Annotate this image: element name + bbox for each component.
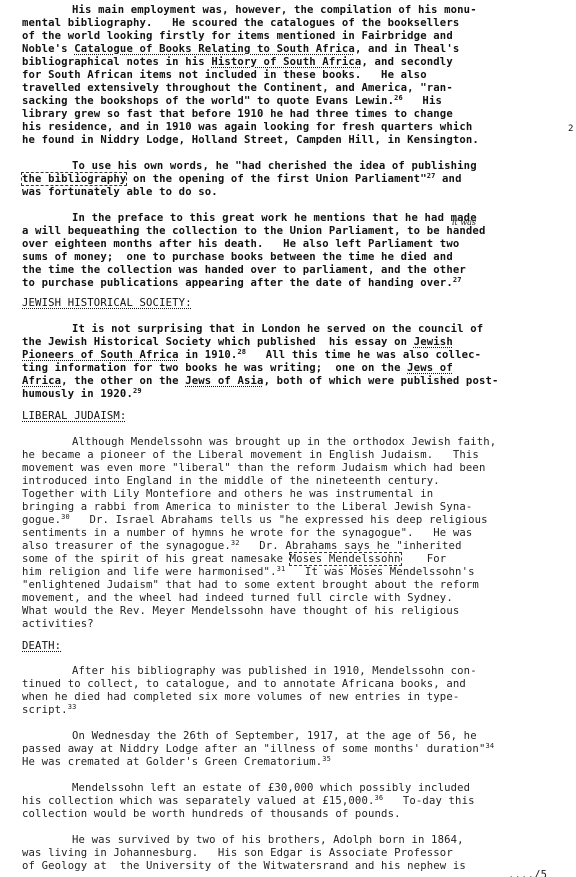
text-span: He was cremated at Golder's Green Cremat… xyxy=(22,756,322,768)
text-line: To use his own words, he "had cherished … xyxy=(72,160,477,173)
text-line: he became a pioneer of the Liberal movem… xyxy=(22,449,479,462)
footnote-ref: 32 xyxy=(231,539,240,547)
footnote-ref: 26 xyxy=(394,94,403,102)
text-span: To-day this xyxy=(383,795,474,807)
text-span: and xyxy=(435,173,461,185)
text-line: On Wednesday the 26th of September, 1917… xyxy=(72,730,477,743)
section-heading: DEATH: xyxy=(22,640,61,653)
text-line: sentiments in a number of hymns he wrote… xyxy=(22,527,472,540)
text-span: , the other on the xyxy=(61,375,185,387)
text-span: the Jewish Historical Society which publ… xyxy=(22,336,414,348)
text-line: introduced into England in the middle of… xyxy=(22,475,440,488)
text-line: his collection which was separately valu… xyxy=(22,795,475,808)
text-span: bibliographical notes in his xyxy=(22,56,211,68)
text-line: "enlightened Judaism" that had to some e… xyxy=(22,579,479,592)
text-span: also treasurer of the synagogue. xyxy=(22,540,231,552)
text-line: gogue.30 Dr. Israel Abrahams tells us "h… xyxy=(22,514,488,527)
footnote-ref: 34 xyxy=(486,742,495,750)
text-span: For xyxy=(401,553,447,565)
text-line: After his bibliography was published in … xyxy=(72,665,477,678)
section-heading: JEWISH HISTORICAL SOCIETY: xyxy=(22,297,192,310)
text-span: in 1910. xyxy=(179,349,238,361)
text-line: he found in Niddry Lodge, Holland Street… xyxy=(22,134,479,147)
text-line: script.33 xyxy=(22,704,76,717)
text-line: tinued to collect, to catalogue, and to … xyxy=(22,678,466,691)
text-line: bibliographical notes in his History of … xyxy=(22,56,453,69)
text-span: to purchase publications appearing after… xyxy=(22,277,453,289)
text-span: passed away at Niddry Lodge after an "il… xyxy=(22,743,486,755)
text-line: movement, and the wheel had indeed turne… xyxy=(22,592,453,605)
footnote-ref: 27 xyxy=(453,276,462,284)
book-title: History of South Africa xyxy=(211,56,361,68)
text-span: Dr. Israel Abrahams tells us "he express… xyxy=(70,514,488,526)
text-line: when he died had completed six more volu… xyxy=(22,691,459,704)
text-line: to purchase publications appearing after… xyxy=(22,277,462,290)
book-title: Africa xyxy=(22,375,61,387)
footnote-ref: 30 xyxy=(61,513,70,521)
page-continuation-marker: ..../5 xyxy=(508,869,547,877)
text-span: , and secondly xyxy=(361,56,452,68)
text-span: , both of which were published post- xyxy=(264,375,499,387)
text-span: on the opening of the first Union Parlia… xyxy=(126,173,426,185)
text-line: some of the spirit of his great namesake… xyxy=(22,553,446,566)
boxed-text: Moses Mendelssohn xyxy=(290,553,401,565)
text-line: ting information for two books he was wr… xyxy=(22,362,453,375)
text-line: sums of money; one to purchase books bet… xyxy=(22,251,453,264)
text-line: passed away at Niddry Lodge after an "il… xyxy=(22,743,494,756)
text-line: the bibliography on the opening of the f… xyxy=(22,173,462,186)
text-line: activities? xyxy=(22,618,94,631)
text-span: ting information for two books he was wr… xyxy=(22,362,407,374)
book-title: Jews of Asia xyxy=(185,375,263,387)
text-line: humously in 1920.29 xyxy=(22,388,142,401)
text-line: He was cremated at Golder's Green Cremat… xyxy=(22,756,331,769)
text-span: his collection which was separately valu… xyxy=(22,795,375,807)
footnote-ref: 36 xyxy=(375,794,384,802)
text-line: What would the Rev. Meyer Mendelssohn ha… xyxy=(22,605,459,618)
text-span: , and in Theal's xyxy=(355,43,459,55)
book-title: Jewish xyxy=(414,336,453,348)
text-line: bringing a rabbi from America to ministe… xyxy=(22,501,472,514)
book-title: Catalogue of Books Relating to South Afr… xyxy=(74,43,355,55)
text-line: over eighteen months after his death. He… xyxy=(22,238,459,251)
text-line: of the world looking firstly for items m… xyxy=(22,30,453,43)
text-line: Pioneers of South Africa in 1910.28 All … xyxy=(22,349,481,362)
text-line: movement was even more "liberal" than th… xyxy=(22,462,486,475)
text-line: His main employment was, however, the co… xyxy=(72,4,477,17)
text-span: gogue. xyxy=(22,514,61,526)
text-line: Although Mendelssohn was brought up in t… xyxy=(72,436,496,449)
text-span: It was Moses Mendelssohn's xyxy=(285,566,474,578)
text-line: Together with Lily Montefiore and others… xyxy=(22,488,433,501)
text-line: a will bequeathing the collection to the… xyxy=(22,225,486,238)
boxed-text: the bibliography xyxy=(22,173,126,185)
text-span: His xyxy=(403,95,442,107)
book-title: Pioneers of South Africa xyxy=(22,349,179,361)
text-span: humously in 1920. xyxy=(22,388,133,400)
text-line: was fortunately able to do so. xyxy=(22,186,218,199)
text-line: him religion and life were harmonised".3… xyxy=(22,566,475,579)
text-span: Noble's xyxy=(22,43,74,55)
typewritten-page: His main employment was, however, the co… xyxy=(0,0,576,877)
text-line: sacking the bookshops of the world" to q… xyxy=(22,95,442,108)
book-title: Jews of xyxy=(407,362,453,374)
text-line: of Geology at the University of the Witw… xyxy=(22,860,466,873)
text-line: Africa, the other on the Jews of Asia, b… xyxy=(22,375,499,388)
footnote-ref: 35 xyxy=(322,755,331,763)
text-span: Dr. Abrahams says he "inherited xyxy=(240,540,462,552)
text-line: travelled extensively throughout the Con… xyxy=(22,82,453,95)
footnote-ref: 29 xyxy=(133,387,142,395)
text-line: Noble's Catalogue of Books Relating to S… xyxy=(22,43,459,56)
text-line: also treasurer of the synagogue.32 Dr. A… xyxy=(22,540,462,553)
text-line: was living in Johannesburg. His son Edga… xyxy=(22,847,453,860)
text-span: sacking the bookshops of the world" to q… xyxy=(22,95,394,107)
text-span: some of the spirit of his great namesake xyxy=(22,553,290,565)
text-line: He was survived by two of his brothers, … xyxy=(72,834,464,847)
text-span: him religion and life were harmonised". xyxy=(22,566,277,578)
section-heading: LIBERAL JUDAISM: xyxy=(22,410,126,423)
text-span: script. xyxy=(22,704,68,716)
text-line: It is not surprising that in London he s… xyxy=(72,323,483,336)
text-line: In the preface to this great work he men… xyxy=(72,212,477,225)
margin-footnote: 2 xyxy=(568,124,573,134)
text-line: library grew so fast that before 1910 he… xyxy=(22,108,453,121)
text-line: collection would be worth hundreds of th… xyxy=(22,808,401,821)
text-line: mental bibliography. He scoured the cata… xyxy=(22,17,459,30)
text-line: Mendelssohn left an estate of £30,000 wh… xyxy=(72,782,470,795)
footnote-ref: 33 xyxy=(68,703,77,711)
text-line: his residence, and in 1910 was again loo… xyxy=(22,121,472,134)
text-span: All this time he was also collec- xyxy=(246,349,481,361)
text-line: the time the collection was handed over … xyxy=(22,264,466,277)
text-line: for South African items not included in … xyxy=(22,69,427,82)
footnote-ref: 28 xyxy=(237,348,246,356)
